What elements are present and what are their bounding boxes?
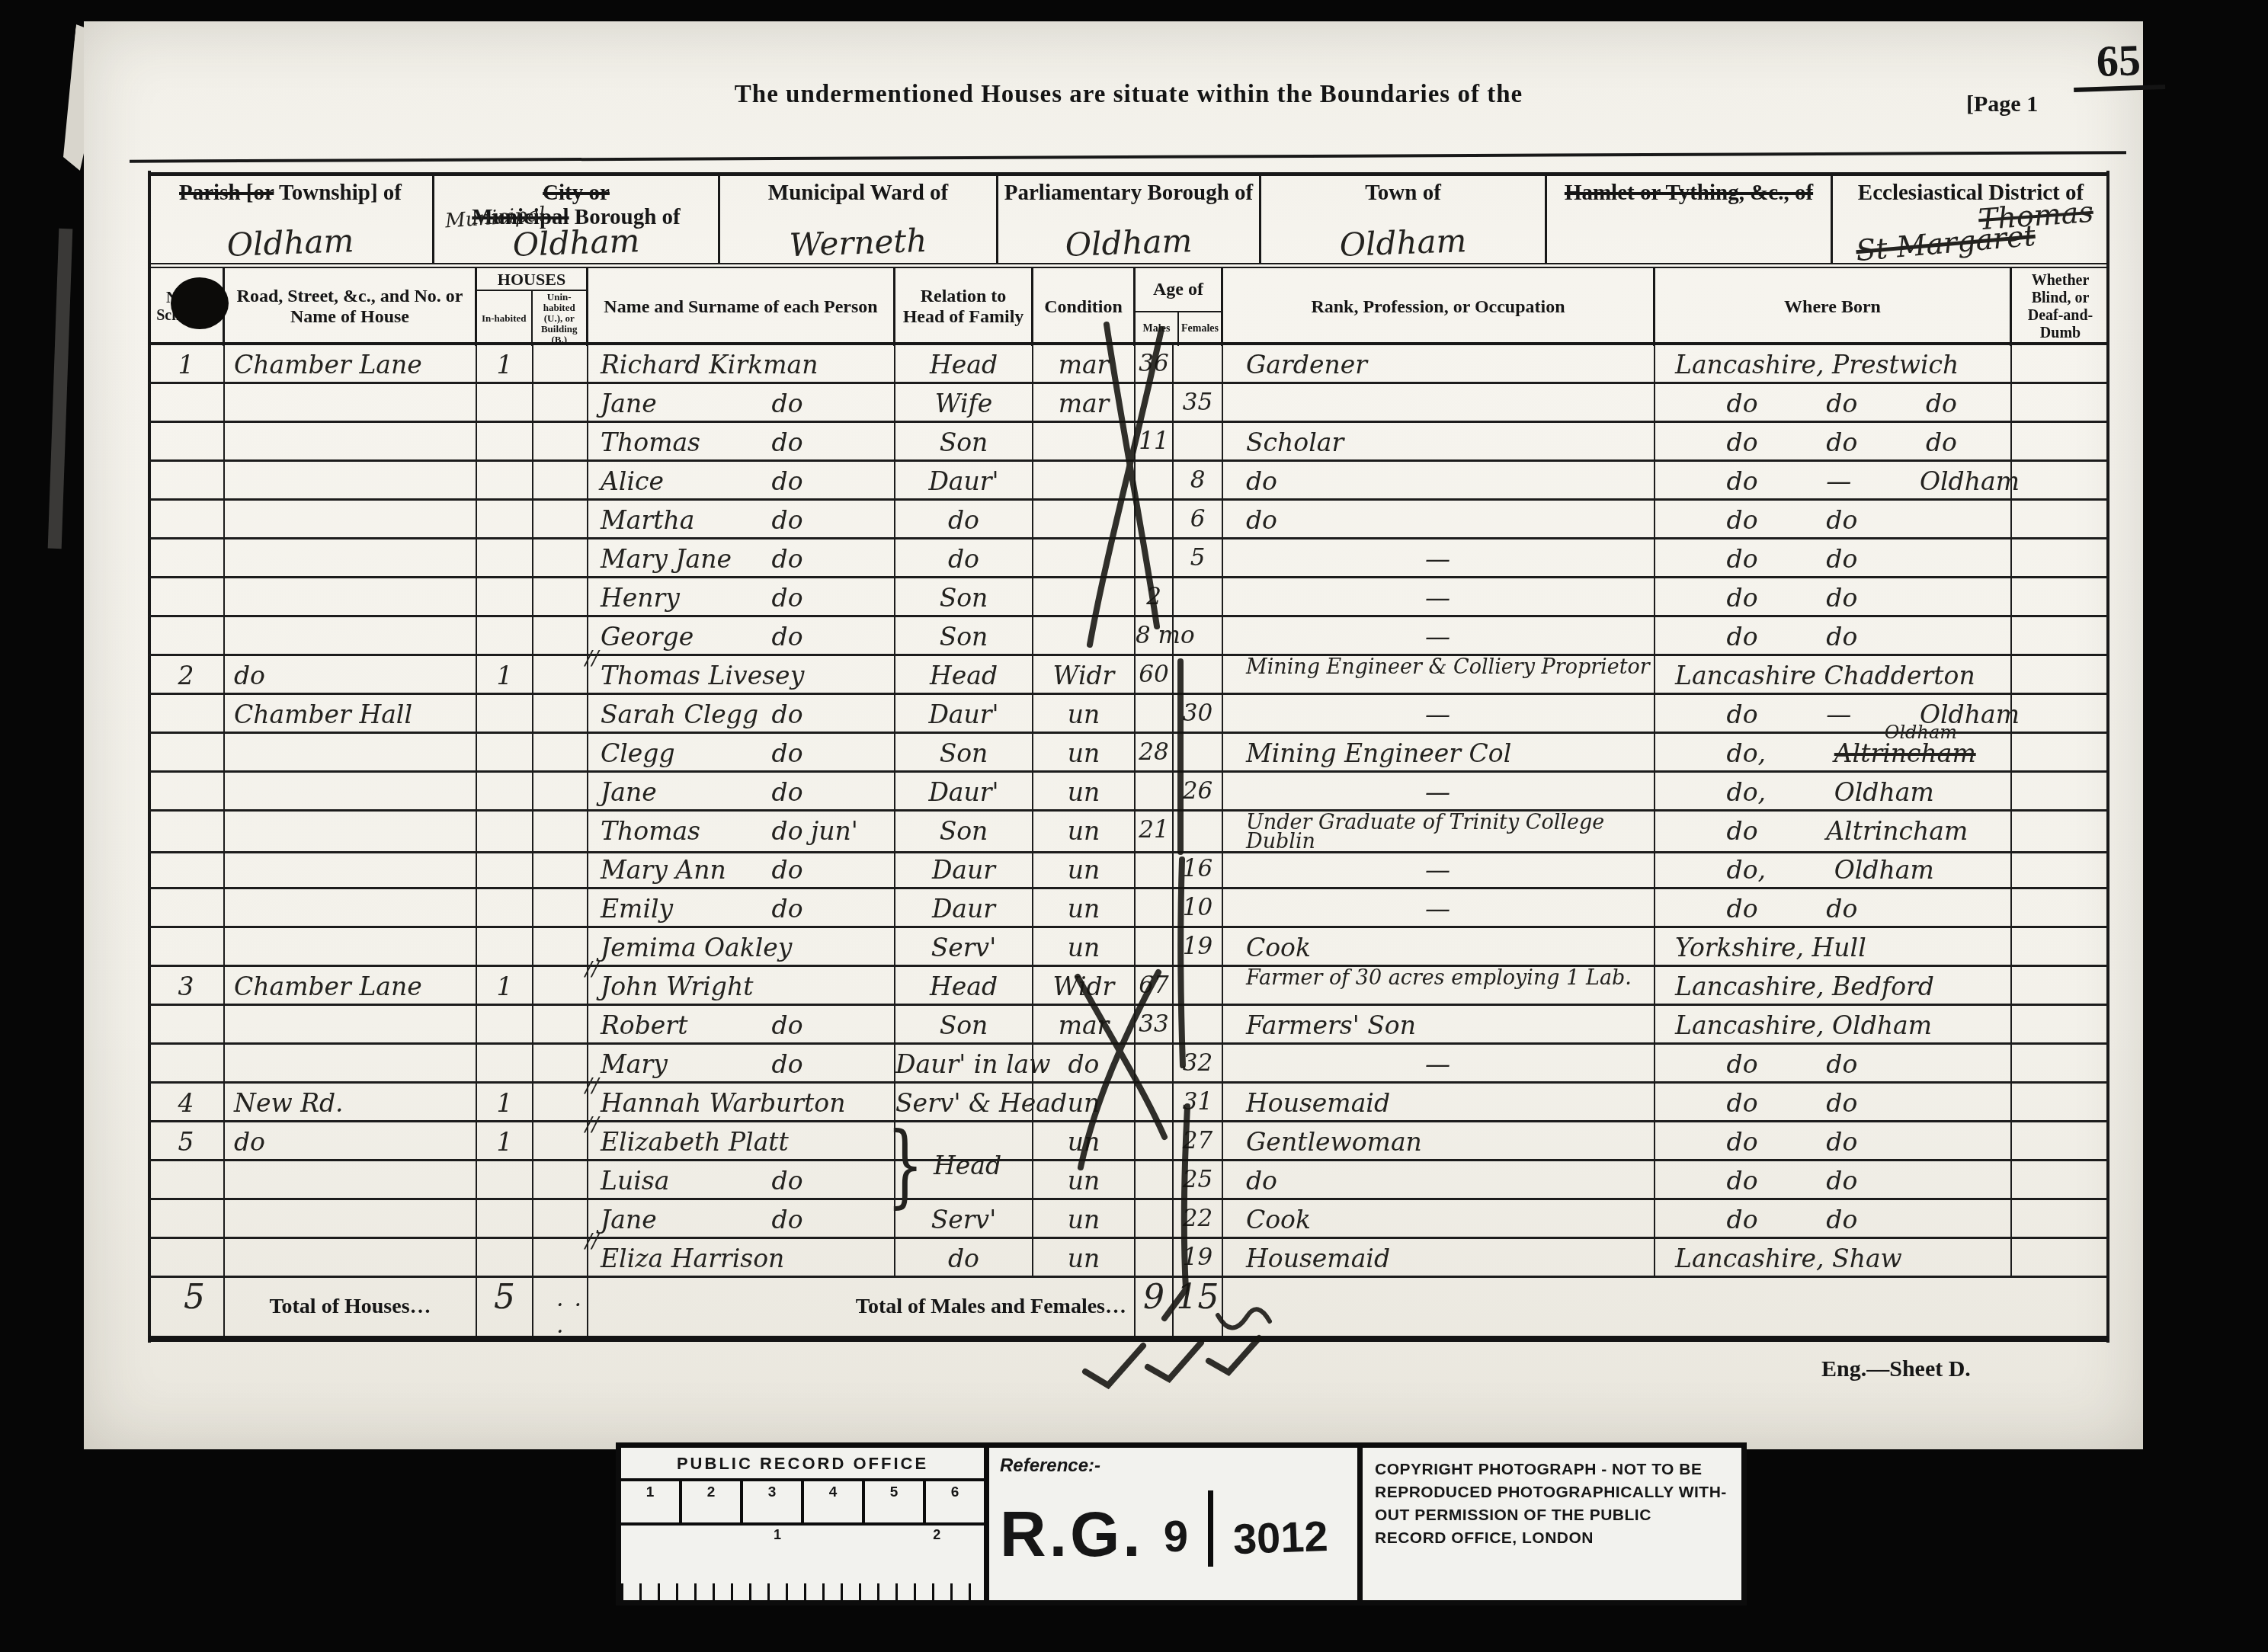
cell-where-born: Lancashire, Shaw bbox=[1655, 1239, 2012, 1278]
cell-age-female bbox=[1174, 967, 1223, 1006]
cell-age-female: 32 bbox=[1174, 1045, 1223, 1084]
cell-occupation: Housemaid bbox=[1223, 1084, 1655, 1122]
cell-schedule bbox=[149, 850, 225, 889]
table-row: Marthadodo6dodo do bbox=[149, 501, 2109, 539]
col-females: Females bbox=[1179, 312, 1221, 346]
cell-blind-deaf bbox=[2012, 423, 2109, 462]
ditto-mark: do bbox=[772, 427, 803, 457]
cell-uninhabited bbox=[533, 345, 588, 384]
cell-inhabited bbox=[477, 695, 533, 734]
enumerator-tick: // bbox=[585, 1113, 599, 1136]
cell-blind-deaf bbox=[2012, 656, 2109, 695]
cell-road bbox=[225, 1239, 477, 1278]
cell-road bbox=[225, 539, 477, 578]
cell-occupation: — bbox=[1223, 1045, 1655, 1084]
ditto-mark: do bbox=[772, 1205, 803, 1234]
cell-age-female bbox=[1174, 1006, 1223, 1045]
cell-inhabited: 1 bbox=[477, 1084, 533, 1122]
totals-males-females-label: Total of Males and Females… bbox=[588, 1278, 1136, 1336]
cell-blind-deaf bbox=[2012, 617, 2109, 656]
table-row: JanedoWifemar35do do do bbox=[149, 384, 2109, 423]
table-row: AlicedoDaur'8dodo — Oldham bbox=[149, 462, 2109, 501]
cell-age-female bbox=[1174, 423, 1223, 462]
cell-schedule bbox=[149, 773, 225, 812]
cell-uninhabited bbox=[533, 1045, 588, 1084]
cell-relation: Son bbox=[895, 734, 1033, 773]
cell-road bbox=[225, 889, 477, 928]
ditto-mark: do bbox=[772, 544, 803, 574]
cell-where-born: Lancashire, Oldham bbox=[1655, 1006, 2012, 1045]
cell-uninhabited bbox=[533, 1122, 588, 1161]
cell-blind-deaf bbox=[2012, 462, 2109, 501]
table-row: 4New Rd.1//Hannah WarburtonServ' & Headu… bbox=[149, 1084, 2109, 1122]
ditto-mark: do bbox=[772, 1166, 803, 1196]
cell-schedule bbox=[149, 539, 225, 578]
cell-where-born: do, Oldham bbox=[1655, 773, 2012, 812]
cell-blind-deaf bbox=[2012, 1045, 2109, 1084]
cell-age-male bbox=[1136, 1084, 1174, 1122]
cell-age-male bbox=[1136, 773, 1174, 812]
cell-inhabited bbox=[477, 928, 533, 967]
census-rows: 1Chamber Lane1Richard KirkmanHeadmar36Ga… bbox=[149, 345, 2109, 1278]
cell-inhabited bbox=[477, 1045, 533, 1084]
cell-uninhabited bbox=[533, 384, 588, 423]
cell-where-born: Lancashire Chadderton bbox=[1655, 656, 2012, 695]
parliamentary-value: Oldham bbox=[998, 219, 1260, 266]
ditto-mark: do bbox=[772, 1010, 803, 1040]
ditto-mark: do bbox=[772, 738, 803, 768]
cell-where-born: do, AltrinchamOldham bbox=[1655, 734, 2012, 773]
totals-blank bbox=[1223, 1278, 2109, 1336]
cell-where-born: do do bbox=[1655, 578, 2012, 617]
cell-relation: Serv' bbox=[895, 928, 1033, 967]
cell-blind-deaf bbox=[2012, 1161, 2109, 1200]
cell-where-born: Yorkshire, Hull bbox=[1655, 928, 2012, 967]
header-box-ecclesiastical: Ecclesiastical District of Thomas St Mar… bbox=[1833, 176, 2109, 263]
cell-uninhabited bbox=[533, 501, 588, 539]
cell-where-born: do, Oldham bbox=[1655, 850, 2012, 889]
cell-road bbox=[225, 1200, 477, 1239]
cell-relation: Son bbox=[895, 1006, 1033, 1045]
cell-occupation: — bbox=[1223, 850, 1655, 889]
cell-schedule: 1 bbox=[149, 345, 225, 384]
reference-divider bbox=[1208, 1490, 1213, 1567]
enumerator-tick: // bbox=[585, 1230, 599, 1253]
cell-inhabited bbox=[477, 578, 533, 617]
ward-label: Municipal Ward of bbox=[720, 181, 996, 205]
cell-where-born: do do bbox=[1655, 617, 2012, 656]
cell-inhabited bbox=[477, 1239, 533, 1278]
cell-schedule bbox=[149, 423, 225, 462]
cell-where-born: Lancashire, Prestwich bbox=[1655, 345, 2012, 384]
cell-where-born: do — Oldham bbox=[1655, 462, 2012, 501]
cell-age-male bbox=[1136, 1200, 1174, 1239]
cell-age-female: 35 bbox=[1174, 384, 1223, 423]
col-houses-label: HOUSES bbox=[477, 268, 586, 291]
cell-inhabited bbox=[477, 501, 533, 539]
cell-name: Henrydo bbox=[588, 578, 895, 617]
cell-occupation: do bbox=[1223, 462, 1655, 501]
cell-uninhabited bbox=[533, 773, 588, 812]
cell-age-female: 8 bbox=[1174, 462, 1223, 501]
cell-condition: un bbox=[1033, 1239, 1136, 1278]
cell-age-male bbox=[1136, 695, 1174, 734]
cell-inhabited bbox=[477, 1200, 533, 1239]
cell-uninhabited bbox=[533, 656, 588, 695]
ruler-cm-5: 5 bbox=[865, 1481, 926, 1522]
cell-condition: un bbox=[1033, 1200, 1136, 1239]
cell-schedule bbox=[149, 695, 225, 734]
born-correction-text: Oldham bbox=[1885, 722, 1957, 743]
cell-blind-deaf bbox=[2012, 501, 2109, 539]
header-band: Parish [or Township] of Oldham City or M… bbox=[149, 172, 2109, 268]
cell-schedule bbox=[149, 734, 225, 773]
enumerator-tick: // bbox=[585, 958, 599, 981]
cell-uninhabited bbox=[533, 734, 588, 773]
cell-condition: do bbox=[1033, 1045, 1136, 1084]
totals-houses-label: Total of Houses… bbox=[225, 1278, 477, 1336]
town-label: Town of bbox=[1261, 181, 1545, 205]
cell-road bbox=[225, 773, 477, 812]
col-uninhabited: Unin-habited (U.), or Building (B.) bbox=[533, 291, 587, 346]
table-row: ThomasdoSon11Scholardo do do bbox=[149, 423, 2109, 462]
cell-occupation: — bbox=[1223, 695, 1655, 734]
col-schedule: No. of Schedule bbox=[149, 268, 225, 346]
cell-condition: un bbox=[1033, 889, 1136, 928]
cell-occupation: Mining Engineer Col bbox=[1223, 734, 1655, 773]
cell-occupation: — bbox=[1223, 539, 1655, 578]
cell-condition bbox=[1033, 423, 1136, 462]
cell-schedule bbox=[149, 812, 225, 853]
cell-age-male: 11 bbox=[1136, 423, 1174, 462]
cell-relation: Daur' bbox=[895, 462, 1033, 501]
cell-blind-deaf bbox=[2012, 384, 2109, 423]
table-row: EmilydoDaurun10—do do bbox=[149, 889, 2109, 928]
cell-occupation: — bbox=[1223, 773, 1655, 812]
cell-road bbox=[225, 812, 477, 853]
cell-uninhabited bbox=[533, 462, 588, 501]
totals-row: 5 Total of Houses… 5 .. . Total of Males… bbox=[149, 1278, 2109, 1342]
cell-blind-deaf bbox=[2012, 967, 2109, 1006]
cell-uninhabited bbox=[533, 423, 588, 462]
col-condition: Condition bbox=[1033, 268, 1136, 346]
cell-inhabited: 1 bbox=[477, 1122, 533, 1161]
cell-age-male bbox=[1136, 384, 1174, 423]
cell-name: Jemima Oakley bbox=[588, 928, 895, 967]
table-row: HenrydoSon2—do do bbox=[149, 578, 2109, 617]
header-box-ward: Municipal Ward of Werneth bbox=[720, 176, 998, 263]
col-inhabited: In-habited bbox=[477, 291, 533, 346]
form-top-rule bbox=[130, 151, 2126, 162]
cell-name: Mary Anndo bbox=[588, 850, 895, 889]
ward-value: Werneth bbox=[719, 219, 996, 267]
cell-age-female bbox=[1174, 578, 1223, 617]
cell-condition: mar bbox=[1033, 384, 1136, 423]
cell-name: Marthado bbox=[588, 501, 895, 539]
ditto-mark: do bbox=[772, 505, 803, 535]
cell-where-born: do do bbox=[1655, 539, 2012, 578]
ruler-cm-1: 1 bbox=[621, 1481, 682, 1522]
cell-where-born: do do bbox=[1655, 1084, 2012, 1122]
totals-spacer: .. . bbox=[533, 1278, 588, 1336]
cell-road bbox=[225, 578, 477, 617]
cell-road bbox=[225, 928, 477, 967]
cell-condition: un bbox=[1033, 850, 1136, 889]
cell-age-female: 26 bbox=[1174, 773, 1223, 812]
cell-uninhabited bbox=[533, 1239, 588, 1278]
totals-houses-value: 5 bbox=[477, 1278, 533, 1336]
totals-females-value: 15 bbox=[1174, 1278, 1223, 1336]
cell-schedule bbox=[149, 1006, 225, 1045]
cell-uninhabited bbox=[533, 1200, 588, 1239]
sheet-label: Eng.—Sheet D. bbox=[1821, 1356, 1971, 1382]
col-blind: Whether Blind, or Deaf-and-Dumb bbox=[2012, 268, 2109, 346]
reference-piece-number: 3012 bbox=[1232, 1513, 1329, 1562]
cell-occupation: Gentlewoman bbox=[1223, 1122, 1655, 1161]
cell-schedule: 5 bbox=[149, 1122, 225, 1161]
cell-inhabited bbox=[477, 850, 533, 889]
cell-road bbox=[225, 617, 477, 656]
cell-blind-deaf bbox=[2012, 578, 2109, 617]
cell-name: //John Wright bbox=[588, 967, 895, 1006]
table-row: //Eliza Harrisondoun19HousemaidLancashir… bbox=[149, 1239, 2109, 1278]
cell-schedule: 4 bbox=[149, 1084, 225, 1122]
col-age-label: Age of bbox=[1136, 268, 1221, 312]
cell-name: Alicedo bbox=[588, 462, 895, 501]
cell-blind-deaf bbox=[2012, 889, 2109, 928]
cell-uninhabited bbox=[533, 850, 588, 889]
table-row: CleggdoSonun28Mining Engineer Coldo, Alt… bbox=[149, 734, 2109, 773]
cell-age-female: 31 bbox=[1174, 1084, 1223, 1122]
header-box-parish: Parish [or Township] of Oldham bbox=[149, 176, 434, 263]
cell-occupation: — bbox=[1223, 617, 1655, 656]
cell-condition: un bbox=[1033, 1161, 1136, 1200]
cell-schedule: 3 bbox=[149, 967, 225, 1006]
cell-occupation: do bbox=[1223, 1161, 1655, 1200]
cell-road bbox=[225, 1045, 477, 1084]
brace-mark: } bbox=[886, 1113, 924, 1218]
cell-schedule bbox=[149, 889, 225, 928]
col-houses: HOUSES In-habited Unin-habited (U.), or … bbox=[477, 268, 588, 346]
form-title: The undermentioned Houses are situate wi… bbox=[149, 81, 2109, 109]
cell-road: Chamber Lane bbox=[225, 345, 477, 384]
cell-condition: un bbox=[1033, 928, 1136, 967]
cell-condition: mar bbox=[1033, 1006, 1136, 1045]
table-row: 5do1//Elizabeth Plattun27Gentlewomando d… bbox=[149, 1122, 2109, 1161]
cell-condition: Widr bbox=[1033, 656, 1136, 695]
cell-age-female: 22 bbox=[1174, 1200, 1223, 1239]
stamp-pro-panel: PUBLIC RECORD OFFICE 1 2 3 4 5 6 1 2 bbox=[621, 1448, 989, 1600]
cell-age-female bbox=[1174, 617, 1223, 656]
table-row: RobertdoSonmar33Farmers' SonLancashire, … bbox=[149, 1006, 2109, 1045]
header-box-town: Town of Oldham bbox=[1261, 176, 1547, 263]
ditto-mark: do jun' bbox=[772, 816, 858, 846]
cell-road bbox=[225, 423, 477, 462]
cell-age-male: 28 bbox=[1136, 734, 1174, 773]
table-row: 2do1//Thomas LiveseyHeadWidr60Mining Eng… bbox=[149, 656, 2109, 695]
public-record-office-stamp: PUBLIC RECORD OFFICE 1 2 3 4 5 6 1 2 Ref… bbox=[616, 1442, 1747, 1606]
cell-age-male bbox=[1136, 1122, 1174, 1161]
cell-name: //Hannah Warburton bbox=[588, 1084, 895, 1122]
cell-relation: Daur' bbox=[895, 695, 1033, 734]
cell-age-male bbox=[1136, 501, 1174, 539]
ditto-mark: do bbox=[772, 777, 803, 807]
cell-where-born: do do bbox=[1655, 889, 2012, 928]
cell-blind-deaf bbox=[2012, 539, 2109, 578]
cell-name: Richard Kirkman bbox=[588, 345, 895, 384]
cell-blind-deaf bbox=[2012, 1239, 2109, 1278]
cell-where-born: do do do bbox=[1655, 423, 2012, 462]
cell-occupation: Farmer of 30 acres employing 1 Lab. bbox=[1223, 967, 1655, 1006]
table-row: MarydoDaur' in lawdo32—do do bbox=[149, 1045, 2109, 1084]
cell-inhabited bbox=[477, 423, 533, 462]
cell-inhabited bbox=[477, 1161, 533, 1200]
cell-name: Emilydo bbox=[588, 889, 895, 928]
cell-relation: Head bbox=[895, 967, 1033, 1006]
stamp-title: PUBLIC RECORD OFFICE bbox=[621, 1448, 984, 1478]
cell-relation: Head bbox=[895, 345, 1033, 384]
cell-uninhabited bbox=[533, 1006, 588, 1045]
cell-schedule bbox=[149, 928, 225, 967]
table-row: JanedoDaur'un26—do, Oldham bbox=[149, 773, 2109, 812]
cell-inhabited bbox=[477, 539, 533, 578]
col-where-born: Where Born bbox=[1655, 268, 2012, 346]
totals-males-value: 9 bbox=[1136, 1278, 1174, 1336]
stamp-reference-panel: Reference:- R.G. 9 3012 bbox=[989, 1448, 1363, 1600]
cell-occupation: Cook bbox=[1223, 1200, 1655, 1239]
cell-relation: Wife bbox=[895, 384, 1033, 423]
cell-where-born: do do bbox=[1655, 1161, 2012, 1200]
cell-occupation: Housemaid bbox=[1223, 1239, 1655, 1278]
cell-inhabited bbox=[477, 617, 533, 656]
cell-age-female bbox=[1174, 656, 1223, 695]
col-name: Name and Surname of each Person bbox=[588, 268, 895, 346]
cell-name: Janedo bbox=[588, 1200, 895, 1239]
header-box-parliamentary: Parliamentary Borough of Oldham bbox=[998, 176, 1261, 263]
cell-age-male bbox=[1136, 889, 1174, 928]
cell-blind-deaf bbox=[2012, 928, 2109, 967]
cell-condition bbox=[1033, 617, 1136, 656]
cell-age-female bbox=[1174, 812, 1223, 853]
cell-where-born: do — Oldham bbox=[1655, 695, 2012, 734]
cell-uninhabited bbox=[533, 578, 588, 617]
cell-relation: Daur' bbox=[895, 773, 1033, 812]
ditto-mark: do bbox=[772, 894, 803, 924]
ditto-mark: do bbox=[772, 855, 803, 885]
table-row: Jemima OakleyServ'un19CookYorkshire, Hul… bbox=[149, 928, 2109, 967]
cell-road: do bbox=[225, 656, 477, 695]
cell-name: Thomasdo bbox=[588, 423, 895, 462]
cell-condition: mar bbox=[1033, 345, 1136, 384]
cell-occupation: Cook bbox=[1223, 928, 1655, 967]
totals-schedule: 5 bbox=[149, 1278, 225, 1336]
cell-name: Mary Janedo bbox=[588, 539, 895, 578]
cell-age-female: 25 bbox=[1174, 1161, 1223, 1200]
ruler-cm-6: 6 bbox=[926, 1481, 984, 1522]
cell-where-born: do Altrincham bbox=[1655, 812, 2012, 853]
column-header-row: No. of Schedule Road, Street, &c., and N… bbox=[149, 268, 2109, 345]
cell-road: do bbox=[225, 1122, 477, 1161]
cell-road: Chamber Lane bbox=[225, 967, 477, 1006]
cell-road: New Rd. bbox=[225, 1084, 477, 1122]
census-form-paper: 65 [Page 1 The undermentioned Houses are… bbox=[84, 21, 2143, 1449]
col-road: Road, Street, &c., and No. or Name of Ho… bbox=[225, 268, 477, 346]
cell-age-female: 10 bbox=[1174, 889, 1223, 928]
ruler-cm-3: 3 bbox=[743, 1481, 804, 1522]
parish-label: Township] of bbox=[274, 181, 402, 205]
cell-blind-deaf bbox=[2012, 734, 2109, 773]
cell-schedule bbox=[149, 617, 225, 656]
ditto-mark: do bbox=[772, 583, 803, 613]
cell-occupation: Under Graduate of Trinity College Dublin bbox=[1223, 812, 1655, 853]
cell-blind-deaf bbox=[2012, 1084, 2109, 1122]
cell-schedule bbox=[149, 1200, 225, 1239]
cell-name: Cleggdo bbox=[588, 734, 895, 773]
cell-age-female: 19 bbox=[1174, 928, 1223, 967]
cell-schedule bbox=[149, 1161, 225, 1200]
ditto-mark: do bbox=[772, 622, 803, 652]
cell-name: Janedo bbox=[588, 773, 895, 812]
cell-age-male bbox=[1136, 850, 1174, 889]
reference-label: Reference:- bbox=[1000, 1455, 1347, 1477]
col-males: Males bbox=[1136, 312, 1179, 346]
cell-condition: un bbox=[1033, 734, 1136, 773]
cell-relation: Daur bbox=[895, 889, 1033, 928]
cell-name: Luisado bbox=[588, 1161, 895, 1200]
cell-condition bbox=[1033, 539, 1136, 578]
cell-schedule bbox=[149, 501, 225, 539]
borough-label-struck1: City or bbox=[543, 181, 610, 205]
cell-blind-deaf bbox=[2012, 812, 2109, 853]
cell-condition: Widr bbox=[1033, 967, 1136, 1006]
cell-inhabited bbox=[477, 384, 533, 423]
cell-condition bbox=[1033, 462, 1136, 501]
cell-relation: do bbox=[895, 1239, 1033, 1278]
cell-where-born: do do do bbox=[1655, 384, 2012, 423]
cell-road bbox=[225, 734, 477, 773]
table-row: Luisadoun25dodo do bbox=[149, 1161, 2109, 1200]
cell-age-male: 21 bbox=[1136, 812, 1174, 853]
parish-label-struck: Parish [or bbox=[179, 181, 274, 205]
ecclesiastical-value-struck-2: St Margaret bbox=[1855, 219, 2037, 267]
header-box-hamlet: Hamlet or Tything, &c., of bbox=[1547, 176, 1833, 263]
cell-occupation: Mining Engineer & Colliery Proprietor bbox=[1223, 656, 1655, 695]
cell-age-male bbox=[1136, 928, 1174, 967]
col-occupation: Rank, Profession, or Occupation bbox=[1223, 268, 1655, 346]
cell-where-born: do do bbox=[1655, 501, 2012, 539]
cell-blind-deaf bbox=[2012, 695, 2109, 734]
cell-schedule bbox=[149, 462, 225, 501]
cell-inhabited bbox=[477, 812, 533, 853]
cell-condition bbox=[1033, 578, 1136, 617]
cell-age-male bbox=[1136, 1239, 1174, 1278]
cell-blind-deaf bbox=[2012, 1200, 2109, 1239]
cell-age-male bbox=[1136, 1045, 1174, 1084]
cell-condition: un bbox=[1033, 773, 1136, 812]
col-age: Age of Males Females bbox=[1136, 268, 1223, 346]
cell-age-male: 2 bbox=[1136, 578, 1174, 617]
cell-where-born: Lancashire, Bedford bbox=[1655, 967, 2012, 1006]
cell-age-female: 27 bbox=[1174, 1122, 1223, 1161]
cell-road bbox=[225, 384, 477, 423]
cell-blind-deaf bbox=[2012, 773, 2109, 812]
cell-inhabited: 1 bbox=[477, 656, 533, 695]
cell-age-female bbox=[1174, 734, 1223, 773]
ruler-in-2: 2 bbox=[933, 1527, 940, 1543]
ditto-mark: do bbox=[772, 1049, 803, 1079]
enumerator-tick: // bbox=[585, 647, 599, 670]
cell-age-male bbox=[1136, 539, 1174, 578]
